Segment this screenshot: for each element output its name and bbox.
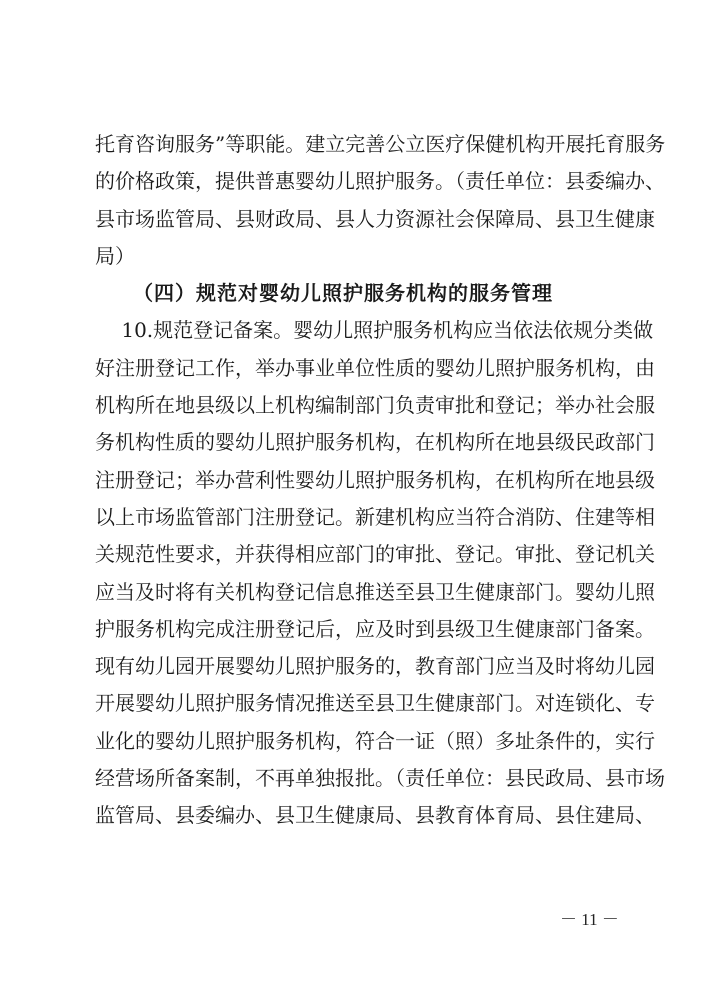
document-body: 托育咨询服务”等职能。建立完善公立医疗保健机构开展托育服务 的价格政策，提供普惠…: [95, 126, 622, 835]
paragraph-line: 的价格政策，提供普惠婴幼儿照护服务。（责任单位：县委编办、: [95, 163, 622, 200]
paragraph-line: 托育咨询服务”等职能。建立完善公立医疗保健机构开展托育服务: [95, 126, 622, 163]
section-heading: （四）规范对婴幼儿照护服务机构的服务管理: [95, 275, 622, 312]
paragraph-line: 县市场监管局、县财政局、县人力资源社会保障局、县卫生健康: [95, 201, 622, 238]
paragraph-line: 业化的婴幼儿照护服务机构，符合一证（照）多址条件的，实行: [95, 723, 622, 760]
page-number: － 11 －: [560, 905, 619, 930]
paragraph-line: 关规范性要求，并获得相应部门的审批、登记。审批、登记机关: [95, 536, 622, 573]
paragraph-line: 注册登记；举办营利性婴幼儿照护服务机构，在机构所在地县级: [95, 462, 622, 499]
paragraph-line: 好注册登记工作，举办事业单位性质的婴幼儿照护服务机构，由: [95, 350, 622, 387]
paragraph-line: 经营场所备案制，不再单独报批。（责任单位：县民政局、县市场: [95, 760, 622, 797]
paragraph-line: 务机构性质的婴幼儿照护服务机构，在机构所在地县级民政部门: [95, 424, 622, 461]
paragraph-line: 现有幼儿园开展婴幼儿照护服务的，教育部门应当及时将幼儿园: [95, 648, 622, 685]
paragraph-line: 机构所在地县级以上机构编制部门负责审批和登记；举办社会服: [95, 387, 622, 424]
paragraph-line: 开展婴幼儿照护服务情况推送至县卫生健康部门。对连锁化、专: [95, 685, 622, 722]
paragraph-line: 局）: [95, 238, 622, 275]
document-page: 托育咨询服务”等职能。建立完善公立医疗保健机构开展托育服务 的价格政策，提供普惠…: [0, 0, 707, 1000]
paragraph-line: 10.规范登记备案。婴幼儿照护服务机构应当依法依规分类做: [95, 312, 622, 349]
paragraph-line: 监管局、县委编办、县卫生健康局、县教育体育局、县住建局、: [95, 797, 622, 834]
paragraph-line: 应当及时将有关机构登记信息推送至县卫生健康部门。婴幼儿照: [95, 574, 622, 611]
paragraph-line: 以上市场监管部门注册登记。新建机构应当符合消防、住建等相: [95, 499, 622, 536]
paragraph-line: 护服务机构完成注册登记后，应及时到县级卫生健康部门备案。: [95, 611, 622, 648]
